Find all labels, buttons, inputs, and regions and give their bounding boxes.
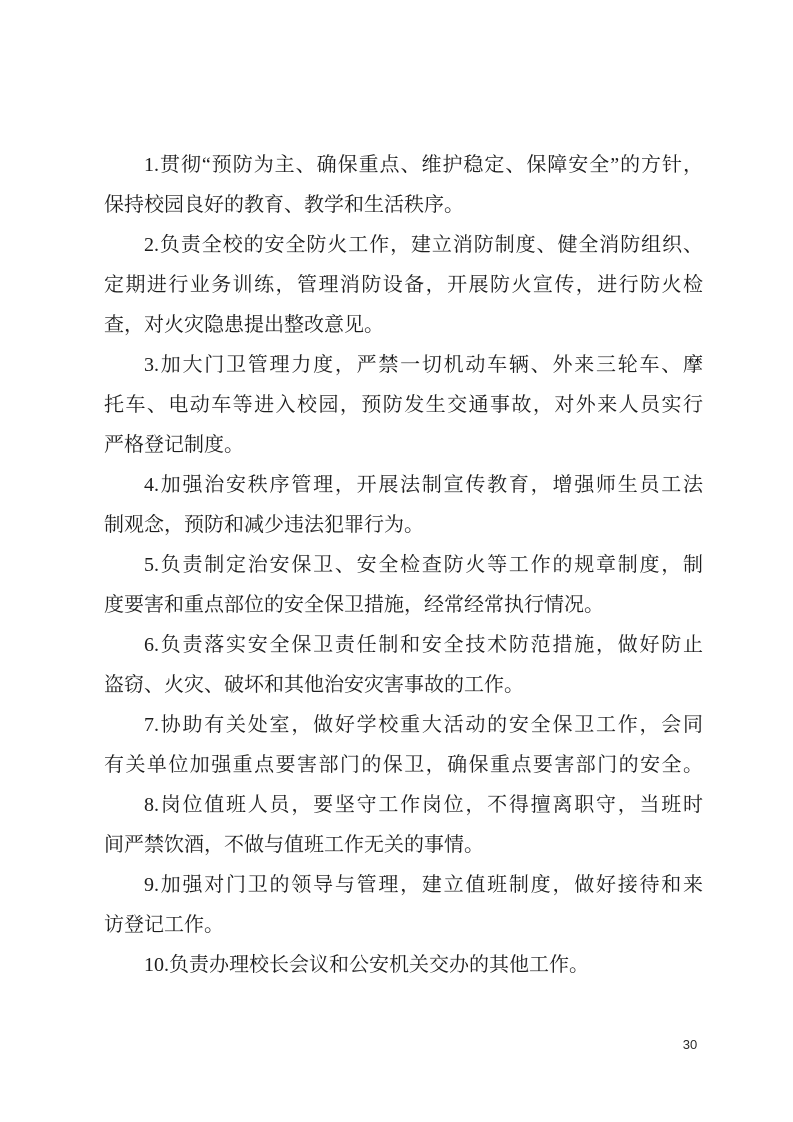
text-line: 6.负责落实安全保卫责任制和安全技术防范措施，做好防止 (104, 625, 703, 665)
text-line: 保持校园良好的教育、教学和生活秩序。 (104, 185, 703, 225)
text-line: 3.加大门卫管理力度，严禁一切机动车辆、外来三轮车、摩 (104, 345, 703, 385)
text-line: 制观念，预防和减少违法犯罪行为。 (104, 505, 703, 545)
text-line: 访登记工作。 (104, 905, 703, 945)
text-line: 1.贯彻“预防为主、确保重点、维护稳定、保障安全”的方针， (104, 145, 703, 185)
text-line: 有关单位加强重点要害部门的保卫，确保重点要害部门的安全。 (104, 745, 703, 785)
paragraph-7: 7.协助有关处室，做好学校重大活动的安全保卫工作，会同 有关单位加强重点要害部门… (104, 705, 703, 785)
page-number: 30 (670, 1035, 710, 1055)
paragraph-5: 5.负责制定治安保卫、安全检查防火等工作的规章制度，制 度要害和重点部位的安全保… (104, 545, 703, 625)
body-text: 1.贯彻“预防为主、确保重点、维护稳定、保障安全”的方针， 保持校园良好的教育、… (104, 145, 703, 985)
text-line: 托车、电动车等进入校园，预防发生交通事故，对外来人员实行 (104, 385, 703, 425)
document-page: 1.贯彻“预防为主、确保重点、维护稳定、保障安全”的方针， 保持校园良好的教育、… (0, 0, 793, 1122)
text-line: 8.岗位值班人员，要坚守工作岗位，不得擅离职守，当班时 (104, 785, 703, 825)
paragraph-2: 2.负责全校的安全防火工作，建立消防制度、健全消防组织、 定期进行业务训练，管理… (104, 225, 703, 345)
text-line: 严格登记制度。 (104, 425, 703, 465)
text-line: 4.加强治安秩序管理，开展法制宣传教育，增强师生员工法 (104, 465, 703, 505)
paragraph-8: 8.岗位值班人员，要坚守工作岗位，不得擅离职守，当班时 间严禁饮酒，不做与值班工… (104, 785, 703, 865)
paragraph-3: 3.加大门卫管理力度，严禁一切机动车辆、外来三轮车、摩 托车、电动车等进入校园，… (104, 345, 703, 465)
text-line: 定期进行业务训练，管理消防设备，开展防火宣传，进行防火检 (104, 265, 703, 305)
text-line: 盗窃、火灾、破坏和其他治安灾害事故的工作。 (104, 665, 703, 705)
paragraph-9: 9.加强对门卫的领导与管理，建立值班制度，做好接待和来 访登记工作。 (104, 865, 703, 945)
text-line: 间严禁饮酒，不做与值班工作无关的事情。 (104, 825, 703, 865)
text-line: 7.协助有关处室，做好学校重大活动的安全保卫工作，会同 (104, 705, 703, 745)
paragraph-6: 6.负责落实安全保卫责任制和安全技术防范措施，做好防止 盗窃、火灾、破坏和其他治… (104, 625, 703, 705)
text-line: 9.加强对门卫的领导与管理，建立值班制度，做好接待和来 (104, 865, 703, 905)
text-line: 度要害和重点部位的安全保卫措施，经常经常执行情况。 (104, 585, 703, 625)
paragraph-1: 1.贯彻“预防为主、确保重点、维护稳定、保障安全”的方针， 保持校园良好的教育、… (104, 145, 703, 225)
text-line: 10.负责办理校长会议和公安机关交办的其他工作。 (104, 945, 703, 985)
paragraph-4: 4.加强治安秩序管理，开展法制宣传教育，增强师生员工法 制观念，预防和减少违法犯… (104, 465, 703, 545)
text-line: 5.负责制定治安保卫、安全检查防火等工作的规章制度，制 (104, 545, 703, 585)
paragraph-10: 10.负责办理校长会议和公安机关交办的其他工作。 (104, 945, 703, 985)
text-line: 查，对火灾隐患提出整改意见。 (104, 305, 703, 345)
text-line: 2.负责全校的安全防火工作，建立消防制度、健全消防组织、 (104, 225, 703, 265)
